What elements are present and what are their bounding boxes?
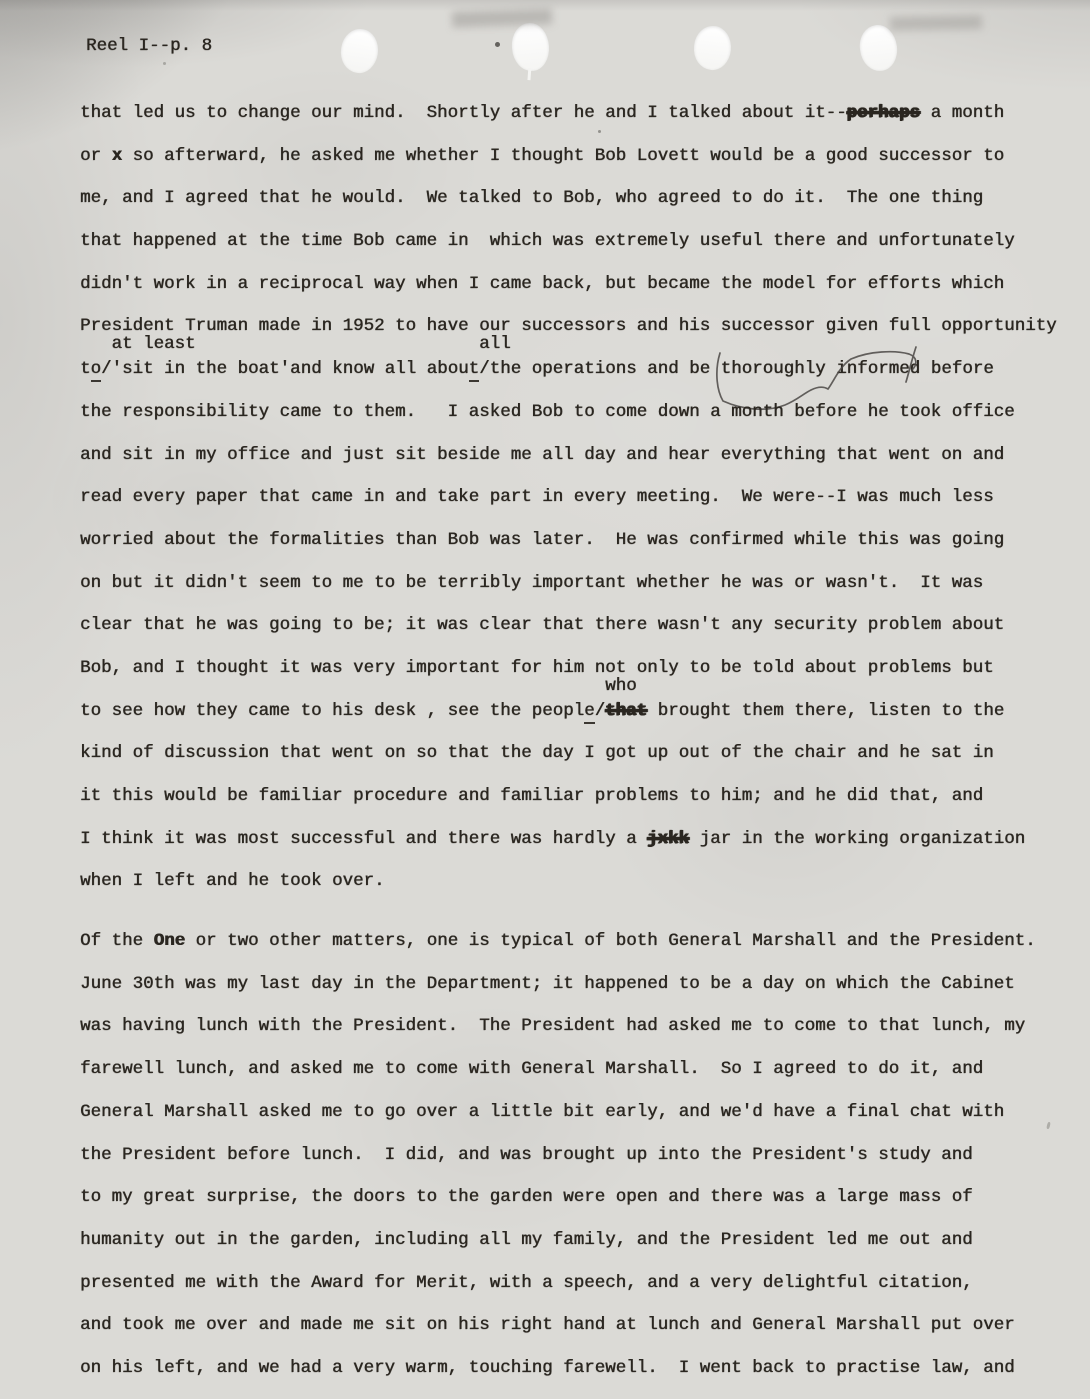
typed-text: Bob, and I thought it was very important… — [80, 658, 994, 678]
typed-text: worried about the formalities than Bob w… — [80, 530, 1004, 550]
text-line: me, and I agreed that he would. We talke… — [80, 177, 1090, 220]
typed-text: me, and I agreed that he would. We talke… — [80, 188, 983, 208]
page-header: Reel I--p. 8 — [86, 36, 212, 56]
typed-text: presented me with the Award for Merit, w… — [80, 1273, 973, 1293]
text-line: Of the One or two other matters, one is … — [80, 920, 1090, 963]
typed-text: read every paper that came in and take p… — [80, 487, 994, 507]
text-line: clear that he was going to be; it was cl… — [80, 604, 1090, 647]
underlined-letter: e — [584, 701, 595, 724]
typed-text: when I left and he took over. — [80, 871, 385, 891]
typed-text: /'sit in the boat'and know all abou — [101, 359, 469, 379]
typed-text: before — [920, 359, 994, 379]
typed-text: that happened at the time Bob came in wh… — [80, 231, 1015, 251]
punch-hole-3 — [692, 24, 733, 72]
punch-hole-1 — [338, 26, 381, 75]
typed-insertion: who — [605, 677, 637, 695]
text-line: whoto see how they came to his desk , se… — [80, 690, 1090, 733]
typed-text: humanity out in the garden, including al… — [80, 1230, 973, 1250]
typed-text: it this would be familiar procedure and … — [80, 786, 983, 806]
typed-text: June 30th was my last day in the Departm… — [80, 974, 1015, 994]
text-line: was having lunch with the President. The… — [80, 1005, 1090, 1048]
paragraph-1: that led us to change our mind. Shortly … — [80, 92, 1090, 903]
text-line: that led us to change our mind. Shortly … — [80, 92, 1090, 135]
text-line: on his left, and we had a very warm, tou… — [80, 1347, 1090, 1390]
text-line: I think it was most successful and there… — [80, 818, 1090, 861]
typed-text: so afterward, he asked me whether I thou… — [122, 146, 1004, 166]
text-line: kind of discussion that went on so that … — [80, 732, 1090, 775]
text-line: and took me over and made me sit on his … — [80, 1304, 1090, 1347]
text-line: President Truman made in 1952 to have ou… — [80, 305, 1090, 348]
typed-text: President Truman made in 1952 to have ou… — [80, 316, 1057, 336]
typed-text: that led us to change our mind. Shortly … — [80, 103, 847, 123]
typed-text: the President before lunch. I did, and w… — [80, 1145, 973, 1165]
paper-speck — [163, 62, 166, 65]
text-line: it this would be familiar procedure and … — [80, 775, 1090, 818]
typed-text: on but it didn't seem to me to be terrib… — [80, 573, 983, 593]
underlined-letter: t — [469, 359, 480, 382]
typed-text: / — [595, 701, 606, 721]
typed-text: x — [112, 146, 123, 166]
text-line: the responsibility came to them. I asked… — [80, 391, 1090, 434]
document-page: Reel I--p. 8 that led us to change our m… — [0, 0, 1090, 1399]
typed-text: clear that he was going to be; it was cl… — [80, 615, 1004, 635]
typed-text: Of the — [80, 931, 154, 951]
text-line: Bob, and I thought it was very important… — [80, 647, 1090, 690]
typed-text: on his left, and we had a very warm, tou… — [80, 1358, 1015, 1378]
typed-text: to my great surprise, the doors to the g… — [80, 1187, 973, 1207]
punch-hole-4 — [857, 23, 899, 73]
typed-text: kind of discussion that went on so that … — [80, 743, 994, 763]
typed-text: General Marshall asked me to go over a l… — [80, 1102, 1004, 1122]
typed-text: didn't work in a reciprocal way when I c… — [80, 274, 1004, 294]
text-line: the President before lunch. I did, and w… — [80, 1134, 1090, 1177]
text-line: farewell lunch, and asked me to come wit… — [80, 1048, 1090, 1091]
text-line: presented me with the Award for Merit, w… — [80, 1262, 1090, 1305]
text-line: to my great surprise, the doors to the g… — [80, 1176, 1090, 1219]
typed-text: a month — [920, 103, 1004, 123]
struck-word: perhaps — [847, 103, 921, 123]
typed-text: or — [80, 146, 112, 166]
typed-text: to see how they came to his desk , see t… — [80, 701, 584, 721]
typed-text: /the operations and be — [479, 359, 721, 379]
text-line: General Marshall asked me to go over a l… — [80, 1091, 1090, 1134]
typed-insertion: at least — [112, 335, 196, 353]
text-line: worried about the formalities than Bob w… — [80, 519, 1090, 562]
typed-text: the responsibility came to them. I asked… — [80, 402, 1015, 422]
text-line: at leastallto/'sit in the boat'and know … — [80, 348, 1090, 391]
typed-text: and took me over and made me sit on his … — [80, 1315, 1015, 1335]
text-line: that happened at the time Bob came in wh… — [80, 220, 1090, 263]
text-line: read every paper that came in and take p… — [80, 476, 1090, 519]
text-line: humanity out in the garden, including al… — [80, 1219, 1090, 1262]
paper-speck — [495, 42, 500, 47]
paragraph-2: Of the One or two other matters, one is … — [80, 920, 1090, 1390]
typed-text: and sit in my office and just sit beside… — [80, 445, 1004, 465]
text-line: and sit in my office and just sit beside… — [80, 434, 1090, 477]
punch-hole-2 — [510, 22, 550, 72]
typed-text: was having lunch with the President. The… — [80, 1016, 1025, 1036]
typed-text: brought them there, listen to the — [647, 701, 1004, 721]
struck-word: that — [605, 701, 647, 721]
ink-smudge — [890, 15, 982, 31]
text-line: or x so afterward, he asked me whether I… — [80, 135, 1090, 178]
typed-text: I think it was most successful and there… — [80, 829, 647, 849]
text-line: when I left and he took over. — [80, 860, 1090, 903]
page-text: that led us to change our mind. Shortly … — [80, 92, 1090, 1390]
typed-text: t — [80, 359, 91, 379]
underlined-letter: o — [91, 359, 102, 382]
text-line: didn't work in a reciprocal way when I c… — [80, 263, 1090, 306]
typed-text: farewell lunch, and asked me to come wit… — [80, 1059, 983, 1079]
circled-phrase: thoroughly informed — [721, 359, 921, 379]
struck-word: jxkk — [647, 829, 689, 849]
text-line: on but it didn't seem to me to be terrib… — [80, 562, 1090, 605]
typed-text: jar in the working organization — [689, 829, 1025, 849]
text-line: June 30th was my last day in the Departm… — [80, 963, 1090, 1006]
typed-text: One — [154, 931, 186, 951]
typed-insertion: all — [479, 335, 511, 353]
typed-text: or two other matters, one is typical of … — [185, 931, 1036, 951]
